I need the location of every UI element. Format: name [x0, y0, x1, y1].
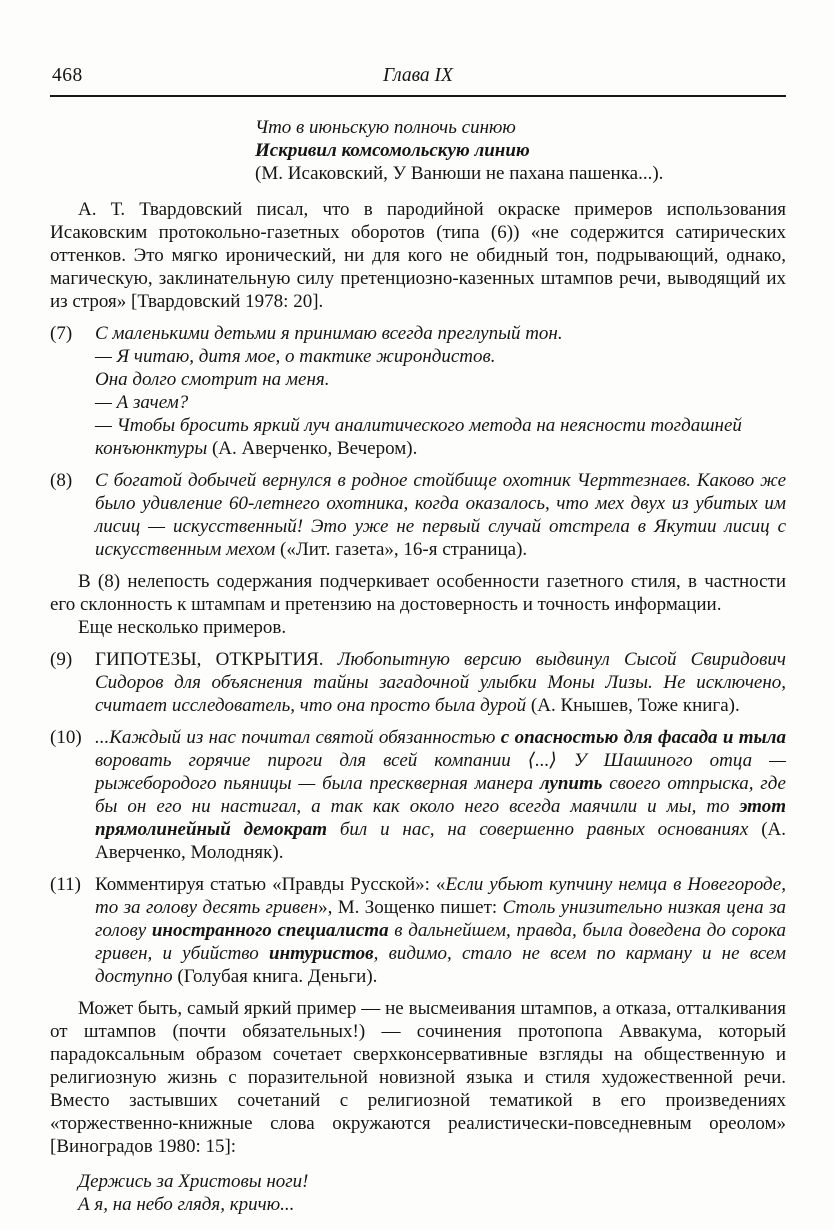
text-segment: («Лит. газета», 16-я страница). [280, 539, 527, 560]
text-segment: В (8) нелепость содержания подчеркивает … [50, 571, 786, 615]
example-number: (11) [50, 873, 95, 988]
text-segment: ГИПОТЕЗЫ, ОТКРЫТИЯ. [95, 649, 338, 670]
text-segment: ...Каждый из нас почитал святой обязанно… [95, 727, 501, 748]
text-line: Она долго смотрит на меня. [95, 368, 786, 391]
text-line: — Я читаю, дитя мое, о тактике жирондист… [95, 345, 786, 368]
text-segment: — А зачем? [95, 392, 188, 413]
paragraph-commentary-8: В (8) нелепость содержания подчеркивает … [50, 570, 786, 616]
example-text: С маленькими детьми я принимаю всегда пр… [95, 322, 786, 460]
example-11: (11)Комментируя статью «Правды Русской»:… [50, 873, 786, 988]
text-line: (М. Исаковский, У Ванюши не пахана пашен… [255, 162, 786, 185]
example-number: (8) [50, 469, 95, 561]
text-segment: А я, на небо глядя, кричю... [78, 1194, 294, 1215]
verse-avvakum: Держись за Христовы ноги!А я, на небо гл… [78, 1170, 786, 1216]
text-segment: (М. Исаковский, У Ванюши не пахана пашен… [255, 163, 663, 184]
text-segment: (А. Кнышев, Тоже книга). [531, 695, 740, 716]
text-line: Искривил комсомольскую линию [255, 139, 786, 162]
text-segment: Еще несколько примеров. [78, 617, 286, 638]
text-line: С маленькими детьми я принимаю всегда пр… [95, 322, 786, 345]
book-page: 468 Глава IX Что в июньскую полночь синю… [0, 0, 834, 1230]
paragraph-avvakum: Может быть, самый яркий пример — не высм… [50, 997, 786, 1158]
text-segment: Она долго смотрит на меня. [95, 369, 329, 390]
text-segment: Может быть, самый яркий пример — не высм… [50, 998, 786, 1157]
example-text: ГИПОТЕЗЫ, ОТКРЫТИЯ. Любопытную версию вы… [95, 648, 786, 717]
text-segment: Что в июньскую полночь синюю [255, 117, 516, 138]
text-segment: — Я читаю, дитя мое, о тактике жирондист… [95, 346, 496, 367]
example-number: (10) [50, 726, 95, 864]
text-segment: », М. Зощенко пишет: [318, 897, 503, 918]
paragraph-tvardovsky: А. Т. Твардовский писал, что в пародийно… [50, 198, 786, 313]
text-segment: (Голубая книга. Деньги). [177, 966, 377, 987]
text-line: Держись за Христовы ноги! [78, 1170, 786, 1193]
text-segment: с опасностью для фасада и тыла [501, 727, 786, 748]
example-7: (7)С маленькими детьми я принимаю всегда… [50, 322, 786, 460]
text-segment: — Чтобы бросить яркий луч аналитического… [95, 415, 742, 459]
example-10: (10)...Каждый из нас почитал святой обяз… [50, 726, 786, 864]
text-segment: (А. Аверченко, Вечером). [212, 438, 417, 459]
example-text: С богатой добычей вернулся в родное стой… [95, 469, 786, 561]
text-segment: Искривил комсомольскую линию [255, 140, 530, 161]
text-segment: Комментируя статью «Правды Русской»: « [95, 874, 445, 895]
text-segment: иностранного специалиста [152, 920, 389, 941]
text-body: А. Т. Твардовский писал, что в пародийно… [50, 198, 786, 1216]
text-segment: Держись за Христовы ноги! [78, 1171, 309, 1192]
text-segment: лупить [540, 773, 603, 794]
text-line: А я, на небо глядя, кричю... [78, 1193, 786, 1216]
example-text: Комментируя статью «Правды Русской»: «Ес… [95, 873, 786, 988]
example-number: (7) [50, 322, 95, 460]
chapter-title: Глава IX [50, 64, 786, 87]
example-number: (9) [50, 648, 95, 717]
example-9: (9)ГИПОТЕЗЫ, ОТКРЫТИЯ. Любопытную версию… [50, 648, 786, 717]
text-segment: бил и нас, на совершенно равных основани… [327, 819, 761, 840]
text-line: Что в июньскую полночь синюю [255, 116, 786, 139]
text-line: — Чтобы бросить яркий луч аналитического… [95, 414, 786, 460]
example-text: ...Каждый из нас почитал святой обязанно… [95, 726, 786, 864]
example-8: (8)С богатой добычей вернулся в родное с… [50, 469, 786, 561]
running-header: 468 Глава IX [50, 64, 786, 88]
text-segment: интуристов [269, 943, 374, 964]
epigraph: Что в июньскую полночь синююИскривил ком… [255, 116, 786, 185]
text-line: — А зачем? [95, 391, 786, 414]
text-segment: С маленькими детьми я принимаю всегда пр… [95, 323, 563, 344]
header-rule [50, 95, 786, 97]
paragraph-more-examples: Еще несколько примеров. [50, 616, 786, 639]
text-segment: А. Т. Твардовский писал, что в пародийно… [50, 199, 786, 312]
